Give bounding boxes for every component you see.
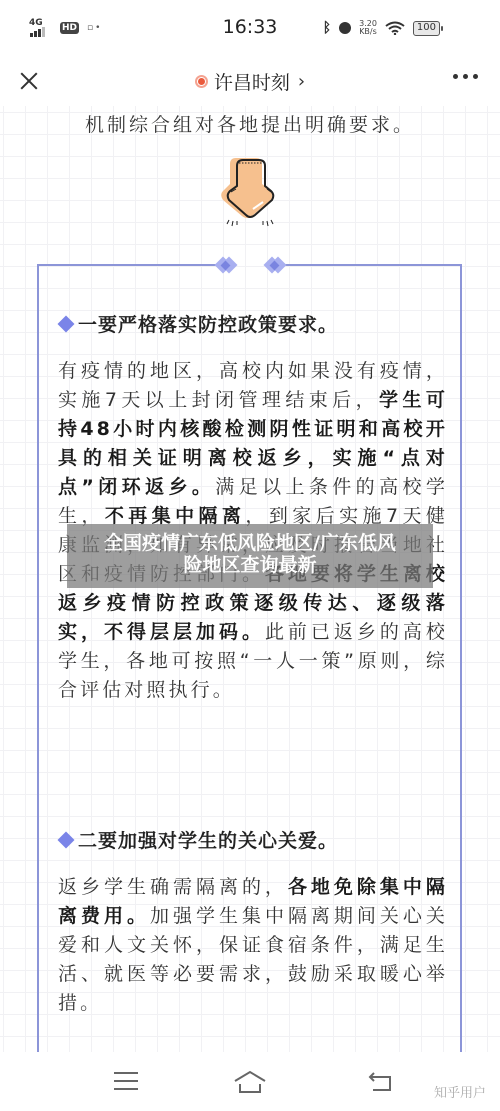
- heading-text: 二要加强对学生的关心关爱。: [78, 826, 338, 853]
- top-nav-bar: 许昌时刻 ›: [0, 56, 500, 106]
- status-right: ᛒ 3.20 KB/s 100: [323, 20, 440, 36]
- pointing-down-arrow-icon: [219, 154, 281, 228]
- live-indicator-icon: [195, 75, 208, 88]
- system-nav-bar: 知乎用户: [0, 1052, 500, 1111]
- battery-icon: 100: [413, 21, 440, 36]
- network-speed: 3.20 KB/s: [359, 20, 377, 36]
- banner-line-2: 险地区查询最新: [67, 554, 433, 576]
- phone-screen: 4G HD ▫• 16:33 ᛒ 3.20 KB/s 100: [0, 0, 500, 1111]
- section-heading: 二要加强对学生的关心关爱。: [58, 826, 448, 853]
- notification-dots-icon: ▫•: [87, 23, 102, 33]
- frame-border-right: [460, 265, 462, 1052]
- paragraph-text: 返乡学生确需隔离的，: [58, 876, 288, 898]
- bluetooth-icon: ᛒ: [323, 20, 331, 36]
- status-bar: 4G HD ▫• 16:33 ᛒ 3.20 KB/s 100: [0, 0, 500, 56]
- intro-text: 机制综合组对各地提出明确要求。: [0, 110, 500, 137]
- frame-divider-left: [37, 264, 217, 266]
- zhihu-watermark: 知乎用户: [434, 1082, 486, 1101]
- account-title-link[interactable]: 许昌时刻 ›: [195, 68, 305, 95]
- frame-border-left: [37, 265, 39, 1052]
- home-button[interactable]: [233, 1069, 267, 1095]
- wifi-icon: [385, 21, 405, 35]
- section-student-care: 二要加强对学生的关心关爱。 返乡学生确需隔离的，各地免除集中隔离费用。加强学生集…: [58, 826, 448, 1018]
- status-left: 4G HD ▫•: [28, 18, 102, 38]
- cellular-signal-icon: 4G: [28, 18, 52, 38]
- hd-voice-icon: HD: [60, 22, 79, 34]
- back-button[interactable]: [368, 1071, 394, 1093]
- section-policy-requirements: 一要严格落实防控政策要求。 有疫情的地区，高校内如果没有疫情，实施7天以上封闭管…: [58, 310, 448, 705]
- section-heading: 一要严格落实防控政策要求。: [58, 310, 448, 337]
- close-button[interactable]: [14, 66, 44, 96]
- section-paragraph: 返乡学生确需隔离的，各地免除集中隔离费用。加强学生集中隔离期间关心关爱和人文关怀…: [58, 873, 448, 1018]
- frame-divider-right: [282, 264, 462, 266]
- diamond-bullet-icon: [58, 831, 75, 848]
- speed-unit: KB/s: [359, 28, 377, 36]
- banner-line-1: 全国疫情广东低风险地区/广东低风: [67, 532, 433, 554]
- overlay-title-banner: 全国疫情广东低风险地区/广东低风 险地区查询最新: [67, 524, 433, 588]
- heading-text: 一要严格落实防控政策要求。: [78, 310, 338, 337]
- chevron-right-icon: ›: [298, 71, 305, 92]
- alarm-icon: [339, 22, 351, 34]
- recent-apps-button[interactable]: [114, 1072, 138, 1090]
- diamond-bullet-icon: [58, 315, 75, 332]
- more-options-button[interactable]: [453, 74, 478, 79]
- account-name: 许昌时刻: [214, 68, 290, 95]
